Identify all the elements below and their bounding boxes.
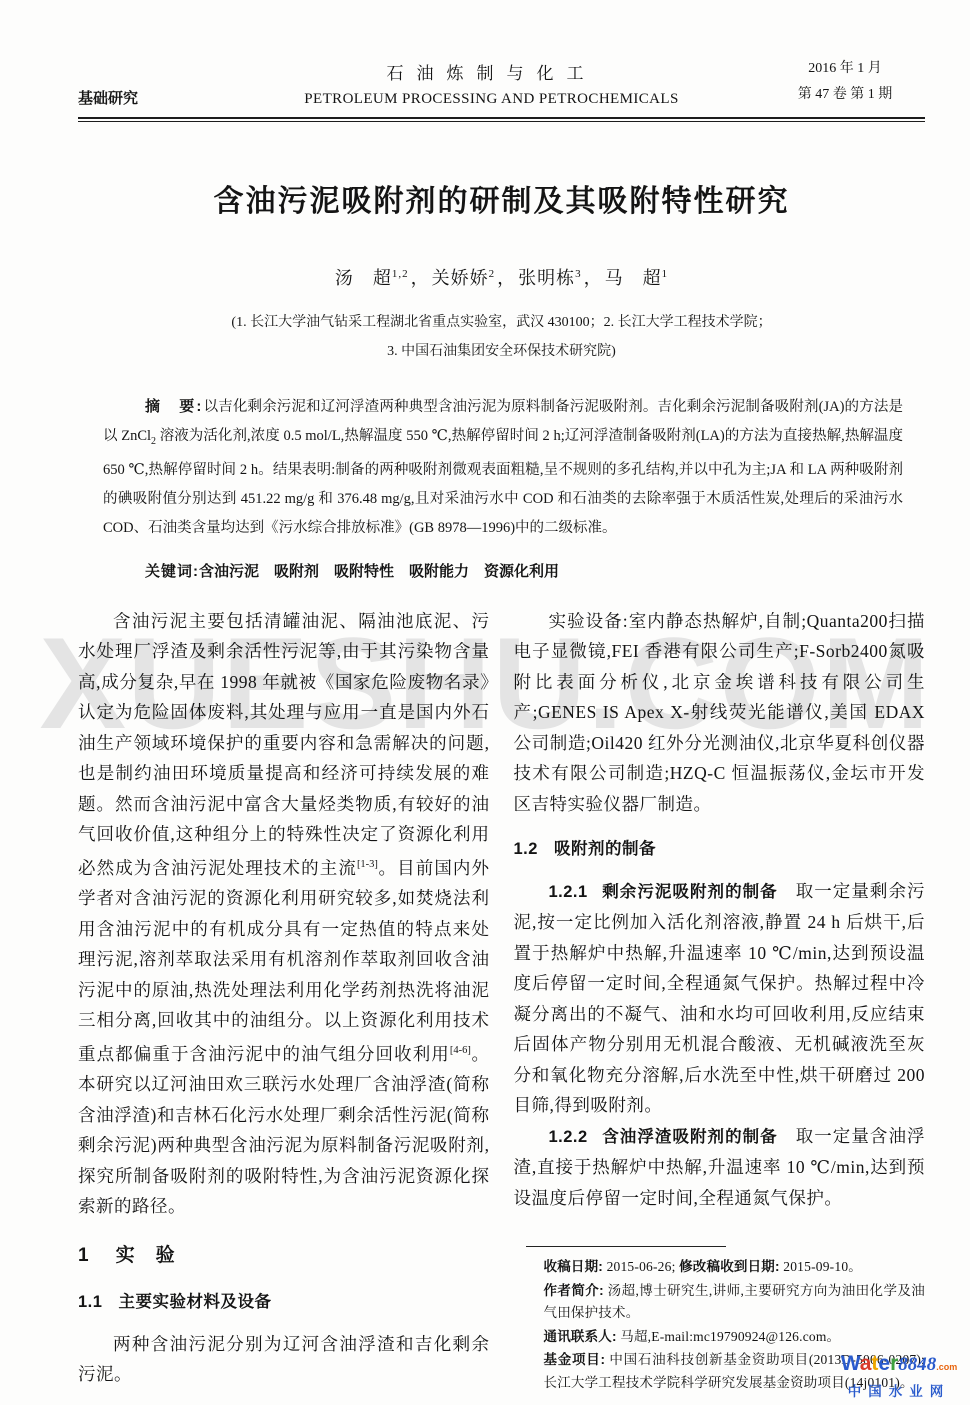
section-heading-1: 1实 验	[78, 1241, 490, 1272]
author-2: 关娇娇2	[432, 268, 496, 288]
section-1-2-title: 吸附剂的制备	[554, 840, 656, 858]
keywords-line: 关键词:含油污泥 吸附剂 吸附特性 吸附能力 资源化利用	[103, 560, 903, 581]
logo-letter-e: e	[878, 1352, 890, 1375]
footnote-dates: 收稿日期: 2015-06-26; 修改稿收到日期: 2015-09-10。	[544, 1256, 926, 1279]
contact-value: 马超,E-mail:mc19790924@126.com。	[617, 1329, 841, 1344]
footnote-author-bio: 作者简介: 汤超,博士研究生,讲师,主要研究方向为油田化学及油气田保护技术。	[544, 1280, 926, 1325]
intro-text-1: 含油污泥主要包括清罐油泥、隔油池底泥、污水处理厂浮渣及剩余活性污泥等,由于其污染…	[78, 611, 490, 878]
journal-title-en: PETROLEUM PROCESSING AND PETROCHEMICALS	[218, 91, 765, 108]
section-1-2-2-number: 1.2.2	[549, 1128, 588, 1146]
affiliation-line-2: 3. 中国石油集团安全环保技术研究院)	[78, 337, 925, 366]
section-1-2-2-title: 含油浮渣吸附剂的制备	[602, 1128, 778, 1146]
left-column: 含油污泥主要包括清罐油泥、隔油池底泥、污水处理厂浮渣及剩余活性污泥等,由于其污染…	[78, 606, 490, 1396]
footnote-contact: 通讯联系人: 马超,E-mail:mc19790924@126.com。	[544, 1326, 926, 1349]
materials-paragraph: 两种含油污泥分别为辽河含油浮渣和吉化剩余污泥。	[78, 1329, 490, 1390]
water8848-tagline: 中国水业网	[833, 1380, 965, 1400]
section-1-2-1-paragraph: 1.2.1剩余污泥吸附剂的制备取一定量剩余污泥,按一定比例加入活化剂溶液,静置 …	[514, 876, 926, 1121]
section-1-2-1-title: 剩余污泥吸附剂的制备	[602, 883, 778, 901]
author-3-affmark: 3	[575, 268, 582, 280]
section-1-1-number: 1.1	[78, 1293, 102, 1311]
affiliation-line-1: (1. 长江大学油气钻采工程湖北省重点实验室，武汉 430100；2. 长江大学…	[78, 308, 925, 337]
intro-text-3: 。本研究以辽河油田欢三联污水处理厂含油浮渣(简称含油浮渣)和吉林石化污水处理厂剩…	[78, 1044, 490, 1217]
author-3-name: 张明栋	[518, 268, 575, 288]
author-separator: ，	[497, 268, 516, 288]
running-head: 基础研究 石油炼制与化工 PETROLEUM PROCESSING AND PE…	[78, 0, 925, 108]
page-content: 基础研究 石油炼制与化工 PETROLEUM PROCESSING AND PE…	[0, 0, 970, 1395]
revised-date-label: 修改稿收到日期:	[679, 1259, 780, 1274]
section-label: 基础研究	[78, 87, 218, 108]
issue-info-block: 2016 年 1 月 第 47 卷 第 1 期	[765, 56, 925, 108]
section-1-2-number: 1.2	[514, 840, 538, 858]
right-column: 实验设备:室内静态热解炉,自制;Quanta200扫描电子显微镜,FEI 香港有…	[514, 606, 926, 1396]
revised-date-value: 2015-09-10。	[780, 1259, 862, 1274]
logo-number: 8848	[898, 1354, 936, 1375]
author-separator: ，	[584, 268, 603, 288]
contact-label: 通讯联系人:	[544, 1329, 617, 1344]
author-4-affmark: 1	[662, 268, 669, 280]
footnote-rule	[526, 1246, 726, 1247]
journal-title-cn: 石油炼制与化工	[218, 59, 765, 84]
section-1-number: 1	[78, 1245, 90, 1266]
author-4: 马 超1	[605, 268, 669, 288]
author-2-affmark: 2	[489, 268, 496, 280]
funding-label: 基金项目:	[544, 1352, 606, 1367]
author-separator: ，	[411, 268, 430, 288]
logo-letter-w: W	[841, 1352, 860, 1375]
abstract-label: 摘 要:	[145, 398, 203, 415]
two-column-body: 含油污泥主要包括清罐油泥、隔油池底泥、污水处理厂浮渣及剩余活性污泥等,由于其污染…	[78, 606, 925, 1396]
citation-ref-1-3: [1-3]	[357, 859, 378, 870]
author-1-name: 汤 超	[335, 268, 392, 288]
author-1-affmark: 1,2	[392, 268, 409, 280]
intro-text-2: 。目前国内外学者对含油污泥的资源化利用研究较多,如焚烧法利用含油污泥中的有机成分…	[78, 858, 490, 1064]
author-3: 张明栋3	[518, 268, 582, 288]
volume-issue: 第 47 卷 第 1 期	[765, 82, 925, 108]
citation-ref-4-6: [4-6]	[450, 1045, 471, 1056]
received-date-label: 收稿日期:	[544, 1259, 604, 1274]
author-2-name: 关娇娇	[432, 268, 489, 288]
section-heading-1-2: 1.2吸附剂的制备	[514, 834, 926, 865]
abstract-text-2: 溶液为活化剂,浓度 0.5 mol/L,热解温度 550 ℃,热解停留时间 2 …	[103, 428, 903, 536]
logo-tld: .com	[936, 1362, 957, 1372]
keywords-label: 关键词:	[145, 563, 199, 580]
journal-page: XUESHU.COM 基础研究 石油炼制与化工 PETROLEUM PROCES…	[0, 0, 970, 1405]
section-1-title: 实 验	[116, 1245, 176, 1266]
intro-paragraph: 含油污泥主要包括清罐油泥、隔油池底泥、污水处理厂浮渣及剩余活性污泥等,由于其污染…	[78, 606, 490, 1222]
water8848-wordmark: Water8848.com	[833, 1353, 965, 1378]
abstract-paragraph: 摘 要:以吉化剩余污泥和辽河浮渣两种典型含油污泥为原料制备污泥吸附剂。吉化剩余污…	[103, 392, 903, 543]
water8848-logo[interactable]: Water8848.com 中国水业网	[833, 1353, 965, 1400]
received-date-value: 2015-06-26;	[603, 1259, 679, 1274]
logo-letter-a: a	[860, 1352, 872, 1375]
author-line: 汤 超1,2，关娇娇2，张明栋3，马 超1	[78, 264, 925, 290]
equipment-paragraph: 实验设备:室内静态热解炉,自制;Quanta200扫描电子显微镜,FEI 香港有…	[514, 606, 926, 820]
keywords-items: 含油污泥 吸附剂 吸附特性 吸附能力 资源化利用	[199, 563, 559, 580]
section-1-1-title: 主要实验材料及设备	[118, 1293, 271, 1311]
section-1-2-1-number: 1.2.1	[549, 883, 588, 901]
section-1-2-1-body: 取一定量剩余污泥,按一定比例加入活化剂溶液,静置 24 h 后烘干,后置于热解炉…	[514, 881, 926, 1116]
journal-title-block: 石油炼制与化工 PETROLEUM PROCESSING AND PETROCH…	[218, 59, 765, 108]
issue-date: 2016 年 1 月	[765, 56, 925, 82]
section-1-2-2-paragraph: 1.2.2含油浮渣吸附剂的制备取一定量含油浮渣,直接于热解炉中热解,升温速率 1…	[514, 1121, 926, 1214]
header-rule	[78, 117, 925, 122]
author-1: 汤 超1,2	[335, 268, 409, 288]
author-4-name: 马 超	[605, 268, 662, 288]
section-heading-1-1: 1.1主要实验材料及设备	[78, 1287, 490, 1318]
author-bio-label: 作者简介:	[544, 1283, 604, 1298]
article-title: 含油污泥吸附剂的研制及其吸附特性研究	[78, 176, 925, 220]
